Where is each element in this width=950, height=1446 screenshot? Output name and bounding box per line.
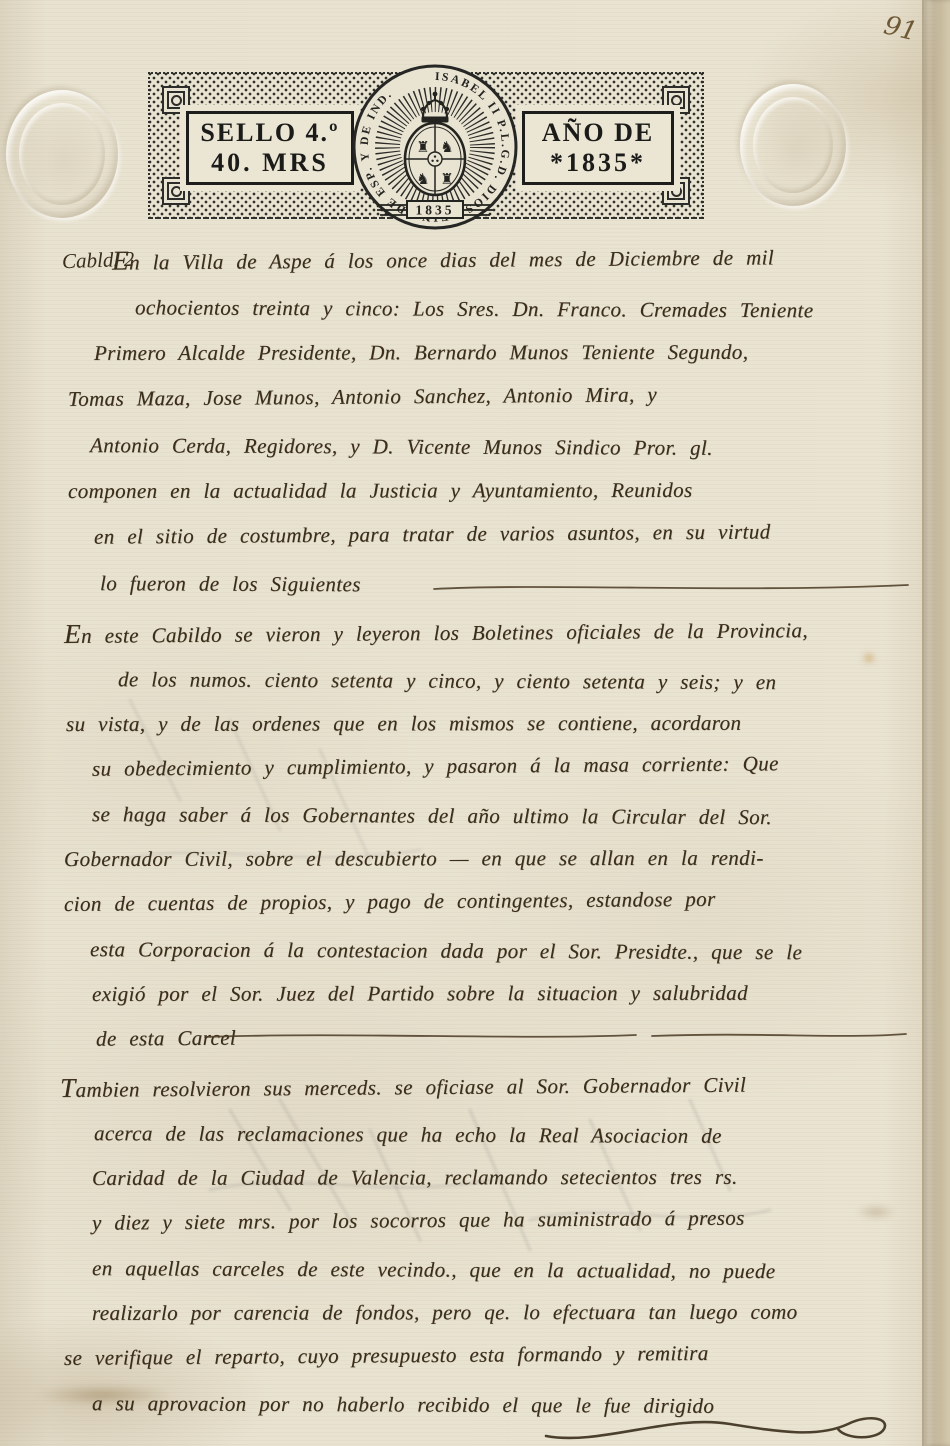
castle-icon: ♜ (416, 138, 429, 156)
manuscript-line: Caridad de la Ciudad de Valencia, reclam… (60, 1154, 920, 1201)
coat-of-arms: ♜ ♞ ♞ ♜ (405, 123, 465, 195)
manuscript-line: en el sitio de costumbre, para tratar de… (60, 507, 920, 560)
manuscript-line: de los numos. ciento setenta y cinco, y … (60, 657, 920, 706)
embossed-dry-seal-left (6, 90, 118, 218)
manuscript-line: Tambien resolvieron sus merceds. se ofic… (60, 1059, 920, 1111)
folio-number: 91 (881, 10, 920, 47)
manuscript-line: realizarlo por carencia de fondos, pero … (60, 1289, 920, 1336)
embossed-dry-seal-right (740, 84, 846, 206)
manuscript-line: acerca de las reclamaciones que ha echo … (60, 1111, 920, 1160)
manuscript-line: Tomas Maza, Jose Munos, Antonio Sanchez,… (60, 369, 920, 422)
manuscript-line: se haga saber á los Gobernantes del año … (60, 792, 920, 841)
stamp-year-box: AÑO DE *1835* (522, 111, 674, 185)
manuscript-line: cion de cuentas de propios, y pago de co… (60, 875, 920, 927)
lion-icon: ♞ (440, 138, 453, 156)
manuscript-line: En este Cabildo se vieron y leyeron los … (60, 605, 920, 657)
manuscript-line: ochocientos treinta y cinco: Los Sres. D… (60, 284, 920, 334)
manuscript-line: esta Corporacion á la contestacion dada … (60, 927, 920, 976)
royal-seal: ISABEL II P.L.G.D. DIOS REINA DE ESP. Y … (350, 62, 520, 232)
manuscript-line: se verifique el reparto, cuyo presupuest… (60, 1329, 920, 1381)
manuscript-line: Primero Alcalde Presidente, Dn. Bernardo… (60, 328, 920, 376)
corner-ornament-icon (162, 86, 190, 114)
seal-year-text: 1835 (416, 203, 455, 218)
manuscript-line: su obedecimiento y cumplimiento, y pasar… (60, 740, 920, 792)
manuscript-line: Gobernador Civil, sobre el descubierto —… (60, 835, 920, 882)
manuscript-line: a su aprovacion por no haberlo recibido … (60, 1381, 920, 1430)
corner-ornament-icon (662, 86, 690, 114)
castle-icon: ♜ (440, 170, 453, 188)
manuscript-line: lo fueron de los Siguientes (60, 560, 920, 610)
manuscript-line: En la Villa de Aspe á los once dias del … (60, 231, 920, 284)
manuscript-page: 91 SELLO 4.º 40. MRS AÑO DE *1835* (0, 0, 950, 1446)
manuscript-paragraph-3: Tambien resolvieron sus merceds. se ofic… (60, 1066, 920, 1426)
manuscript-line: componen en la actualidad la Justicia y … (60, 466, 920, 514)
page-right-edge (922, 0, 950, 1446)
manuscript-line: y diez y siete mrs. por los socorros que… (60, 1194, 920, 1246)
manuscript-line: su vista, y de las ordenes que en los mi… (60, 700, 920, 747)
manuscript-line: de esta Carcel (60, 1010, 920, 1062)
manuscript-paragraph-1: En la Villa de Aspe á los once dias del … (60, 238, 920, 606)
stamp-year-value: *1835* (550, 148, 646, 178)
manuscript-line: Antonio Cerda, Regidores, y D. Vicente M… (60, 422, 920, 472)
manuscript-line: en aquellas carceles de este vecindo., q… (60, 1246, 920, 1295)
revenue-stamp-band: SELLO 4.º 40. MRS AÑO DE *1835* ISABEL I… (148, 72, 704, 219)
manuscript-line: exigió por el Sor. Juez del Partido sobr… (60, 970, 920, 1017)
manuscript-paragraph-2: En este Cabildo se vieron y leyeron los … (60, 612, 920, 1062)
lion-icon: ♞ (416, 170, 429, 188)
stamp-year-label: AÑO DE (542, 118, 654, 148)
stamp-class-label: SELLO 4.º (200, 118, 339, 148)
stamp-price-label: 40. MRS (211, 148, 329, 178)
stamp-denomination-box: SELLO 4.º 40. MRS (186, 111, 354, 185)
royal-seal-icon: ISABEL II P.L.G.D. DIOS REINA DE ESP. Y … (350, 62, 520, 232)
